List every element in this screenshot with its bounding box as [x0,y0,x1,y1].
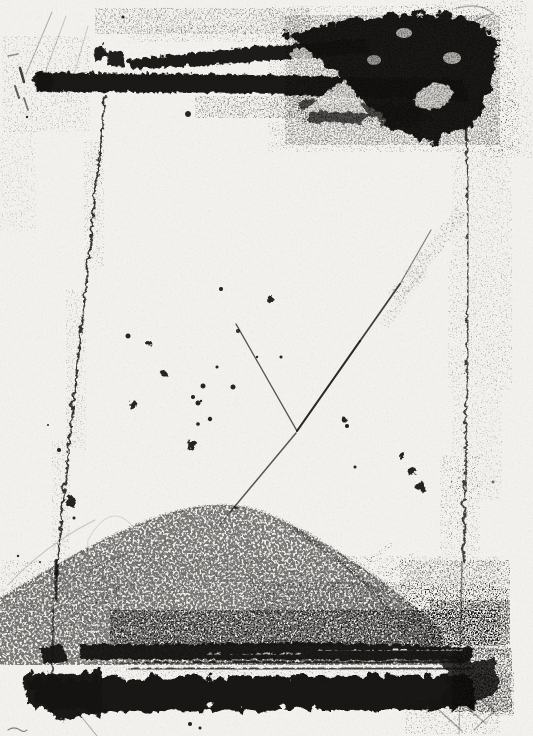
ink-splatter [406,466,415,475]
ink-splatter [32,70,52,90]
ink-line [458,470,460,540]
speckle-texture [84,140,104,270]
ink-splatter [185,111,191,117]
ink-splatter [340,415,347,422]
speckle-texture [452,150,512,260]
ink-splatter [219,287,223,291]
speckle-texture [405,700,500,734]
speckle-texture [0,560,120,640]
artwork [0,0,533,736]
ink-splatter [199,727,202,730]
ink-splatter [216,366,219,369]
ink-splatter [160,370,167,377]
ink-splatter [208,417,212,421]
ink-splatter [345,424,349,428]
ink-splatter [26,116,28,118]
ink-splatter [129,401,136,408]
ink-splatter [256,356,258,358]
speckle-texture [285,15,500,145]
ink-splatter [66,494,74,507]
ink-splatter [188,722,192,726]
ink-splatter [236,329,240,333]
speckle-texture [448,260,512,390]
ink-splatter [196,422,200,426]
ink-splatter [126,334,131,339]
speckle-texture [195,96,300,118]
ink-splatter [201,384,206,389]
ink-line [55,560,57,598]
ink-line [450,462,452,545]
ink-splatter [266,295,273,302]
ink-splatter [187,440,196,449]
speckle-texture [90,640,470,682]
ink-layer [0,0,533,736]
ink-splatter [39,561,41,563]
ink-splatter [398,452,404,458]
ink-splatter [57,448,61,452]
ink-splatter [280,356,283,359]
ink-splatter [354,466,357,469]
ink-line [445,490,446,532]
ink-splatter [196,401,201,406]
ink-splatter [492,481,495,484]
ink-splatter [17,555,19,557]
ink-splatter [191,395,195,399]
speckle-texture [478,96,520,156]
speckle-texture [0,128,36,232]
ink-splatter [47,424,49,426]
ink-splatter [73,517,76,520]
artwork-canvas [0,0,533,736]
ink-splatter [231,385,236,390]
ink-splatter [122,16,125,19]
ink-splatter [145,339,151,345]
ink-splatter [415,481,425,491]
